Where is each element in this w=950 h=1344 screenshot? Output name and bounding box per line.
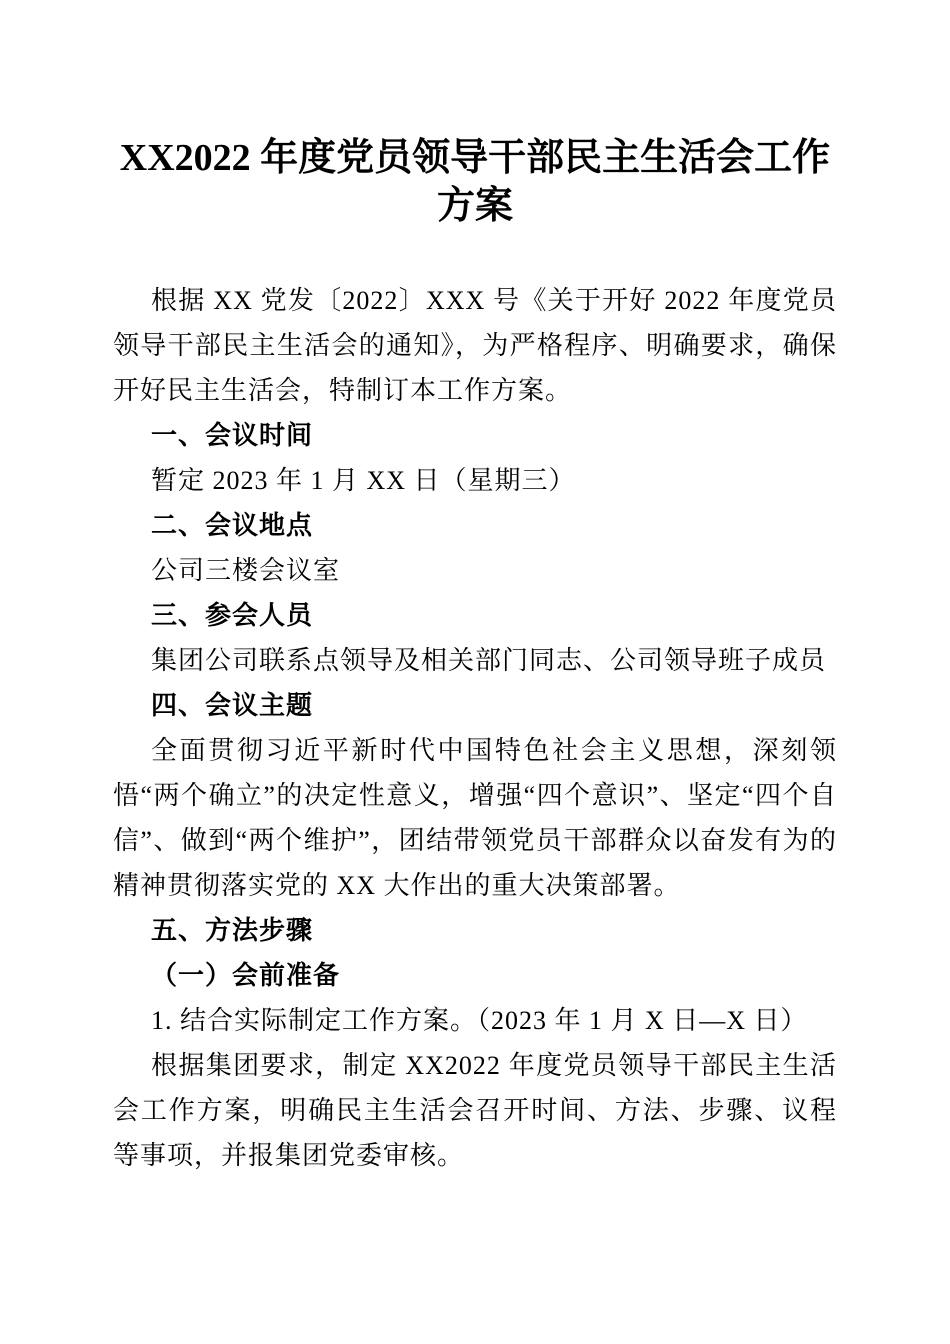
sub-section-heading: （一）会前准备 [113, 953, 837, 998]
paragraph: 集团公司联系点领导及相关部门同志、公司领导班子成员 [113, 638, 837, 683]
paragraph: 暂定 2023 年 1 月 XX 日（星期三） [113, 458, 837, 503]
document-body: 根据 XX 党发〔2022〕XXX 号《关于开好 2022 年度党员领导干部民主… [113, 278, 837, 1178]
paragraph: 根据 XX 党发〔2022〕XXX 号《关于开好 2022 年度党员领导干部民主… [113, 278, 837, 413]
section-heading: 一、会议时间 [113, 413, 837, 458]
paragraph: 根据集团要求，制定 XX2022 年度党员领导干部民主生活会工作方案，明确民主生… [113, 1043, 837, 1178]
section-heading: 二、会议地点 [113, 503, 837, 548]
section-heading: 四、会议主题 [113, 683, 837, 728]
paragraph: 1. 结合实际制定工作方案。（2023 年 1 月 X 日—X 日） [113, 998, 837, 1043]
section-heading: 五、方法步骤 [113, 908, 837, 953]
document-page: XX2022 年度党员领导干部民主生活会工作方案 根据 XX 党发〔2022〕X… [0, 0, 950, 1344]
section-heading: 三、参会人员 [113, 593, 837, 638]
paragraph: 全面贯彻习近平新时代中国特色社会主义思想，深刻领悟“两个确立”的决定性意义，增强… [113, 728, 837, 908]
paragraph: 公司三楼会议室 [113, 548, 837, 593]
document-title: XX2022 年度党员领导干部民主生活会工作方案 [103, 134, 848, 230]
